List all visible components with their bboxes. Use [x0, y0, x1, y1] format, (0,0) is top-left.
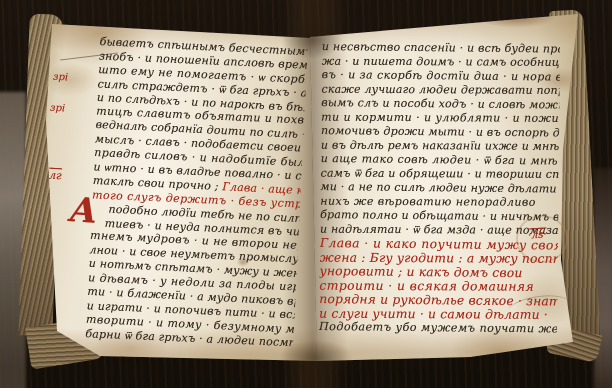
manuscript-line: строити · и всякая домашняя [319, 279, 557, 294]
margin-note-zri-2: зрі [50, 103, 66, 115]
manuscript-line: нихъ же вѣроватию непорадливо [320, 195, 558, 210]
black-ink-text: въ · и за скорбѣ достїи дша · и нора в с… [322, 68, 560, 84]
manuscript-line: самъ ѿ бга и обрящеши · и твориши спсенї… [321, 167, 559, 182]
black-ink-text: нихъ же вѣроватию непорадливо [320, 195, 536, 209]
black-ink-text: помочивъ дрожи мыти · и въ оспорѣ дѣлаи [321, 124, 560, 140]
left-page-text: бываетъ спѣшнымъ бесчестнымъ и позоризно… [85, 35, 308, 357]
red-ink-text: строити · и всякая домашняя [319, 279, 534, 294]
manuscript-line: и слуги учити · и самои дѣлати · [319, 307, 557, 322]
black-ink-text: ми · а не по силѣ людеи нуже дѣлати [320, 180, 556, 195]
black-ink-text: ти и кормити · и улюбляти · и поживъ всѣ… [321, 111, 560, 126]
manuscript-line: Подобаетъ убо мужемъ поучати жены своя [319, 320, 557, 336]
black-ink-text: и надѣлятаи · ѿ бга мзда · аще помаза [320, 223, 559, 237]
chapter-number-left: лг [49, 169, 62, 183]
black-ink-text: Подобаетъ убо мужемъ поучати жены своя [319, 320, 560, 336]
manuscript-line: скаже лучшаго людеи державати попро [321, 83, 559, 98]
black-ink-text: жа · и пишета доимъ · и самъ особница [322, 55, 560, 69]
black-ink-text: скаже лучшаго людеи державати попро [321, 83, 560, 97]
manuscript-line: жена : Бгу угодити : а мужу поспѣ [320, 251, 558, 266]
black-ink-text: и аще тако совѣ людеи · ѿ бга и мнѣ бесѣ [321, 152, 560, 168]
right-page-text: и несвѣство спасенїи · и всѣ будеи прора… [319, 40, 560, 342]
red-ink-text: уноровити ; и какъ домъ свои [320, 264, 523, 280]
red-ink-text: жена : Бгу угодити : а мужу поспѣ [320, 251, 560, 266]
black-ink-text: самъ ѿ бга и обрящеши · и твориши спсенї… [321, 167, 560, 181]
black-ink-text: вымъ слъ и пособи ходъ · и словѣ можно п… [321, 96, 560, 112]
red-ink-text: и слуги учити · и самои дѣлати · [319, 307, 548, 322]
chapter-number-right: ·лѕ· [528, 228, 548, 241]
black-ink-text: и въ дѣлѣ ремъ наказанїи ихже и мнѣ боли [321, 139, 560, 153]
manuscript-photo: зрі зрі лг А бываетъ спѣшнымъ бесчестным… [0, 0, 612, 388]
manuscript-line: жа · и пишета доимъ · и самъ особница [322, 55, 560, 70]
manuscript-line: и надѣлятаи · ѿ бга мзда · аще помаза [320, 223, 558, 238]
manuscript-line: и въ дѣлѣ ремъ наказанїи ихже и мнѣ боли [321, 139, 559, 154]
black-ink-text: брато полно и обѣщатаи · и ничѣмъ возмож… [320, 208, 560, 224]
margin-note-zri-1: зрі [53, 72, 69, 84]
manuscript-line: ти и кормити · и улюбляти · и поживъ всѣ… [321, 111, 559, 126]
black-ink-text: и несвѣство спасенїи · и всѣ будеи прора [322, 40, 560, 56]
